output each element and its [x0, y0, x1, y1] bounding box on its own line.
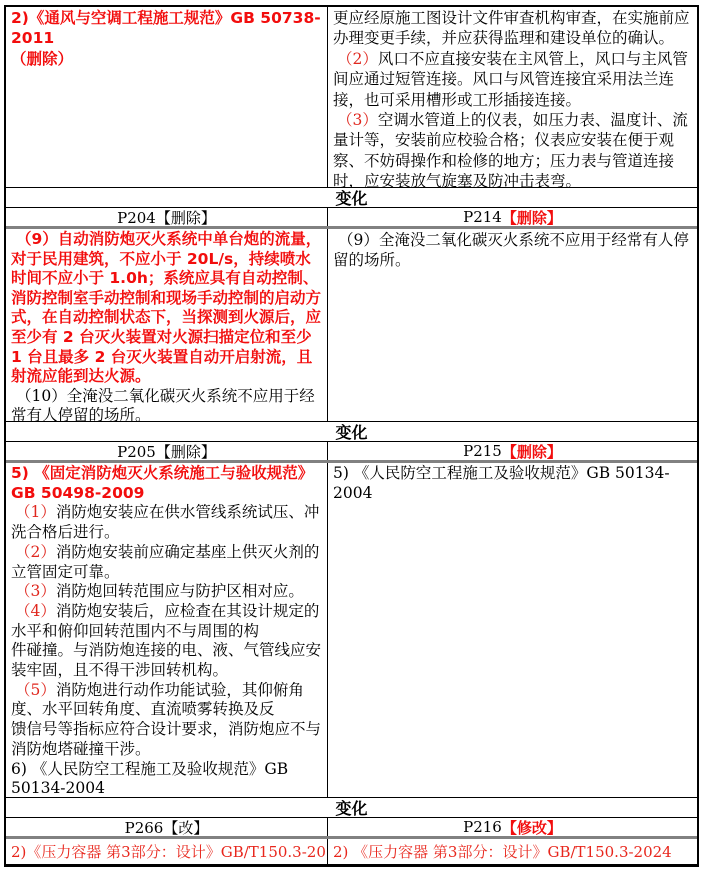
item-marker: （1）: [11, 503, 56, 521]
cell-old-spec-title: 2)《通风与空调工程施工规范》GB 50738-2011 （删除）: [6, 7, 328, 187]
paragraph-text: 空调水管道上的仪表，如压力表、温度计、流量计等，安装前应校验合格；仪表应安装在便…: [333, 111, 688, 187]
cell-old-content-3: 5) 《固定消防炮灭火系统施工与验收规范》 GB 50498-2009 （1）消…: [6, 463, 328, 797]
item-text: 消防炮安装应在供水管线系统试压、冲洗合格后进行。: [11, 503, 319, 541]
document-page: 2)《通风与空调工程施工规范》GB 50738-2011 （删除） 更应经原施工…: [0, 0, 704, 871]
spec-item-3: （3）消防炮回转范围应与防护区相对应。: [11, 582, 322, 602]
spec-item-2: （2）消防炮安装前应确定基座上供灭火剂的立管固定可靠。: [11, 543, 322, 582]
change-tag: 【修改】: [502, 818, 562, 836]
row-section2: （9）自动消防炮灭火系统中单台炮的流量，对于民用建筑，不应小于 20L/s，持续…: [6, 229, 697, 421]
change-label: 变化: [335, 796, 367, 819]
cell-old-standard: 2)《压力容器 第3部分：设计》GB/T150.3-2011: [6, 839, 328, 864]
change-divider-row-2: 变化: [6, 421, 697, 442]
cell-new-content-2: （9）全淹没二氧化碳灭火系统不应用于经常有人停留的场所。: [328, 229, 697, 421]
new-spec-reference: 5) 《人民防空工程施工及验收规范》GB 50134-2004: [333, 464, 692, 503]
item-text: 消防炮回转范围应与防护区相对应。: [56, 582, 304, 600]
spec-item-4: （4）消防炮安装后，应检查在其设计规定的水平和俯仰回转范围内不与周围的构 件碰撞…: [11, 602, 322, 681]
change-tag: 【删除】: [502, 442, 562, 460]
detail-paragraph-3: （3）空调水管道上的仪表，如压力表、温度计、流量计等，安装前应校验合格；仪表应安…: [333, 110, 692, 187]
item-marker: （4）: [11, 602, 56, 620]
detail-paragraph-1: 更应经原施工图设计文件审查机构审查，在实施前应办理变更手续，并应获得监理和建设单…: [333, 8, 692, 49]
cell-page-header-old: P205【删除】: [6, 442, 328, 460]
cell-page-header-new: P214【删除】: [328, 208, 697, 226]
cell-page-header-new: P216【修改】: [328, 818, 697, 836]
spec-item-1: （1）消防炮安装应在供水管线系统试压、冲洗合格后进行。: [11, 503, 322, 542]
item-text: 消防炮进行动作功能试验，其仰俯角度、水平回转角度、直流喷雾转换及反 馈信号等指标…: [11, 681, 321, 758]
page-header-old: P204【删除】: [117, 208, 216, 226]
paragraph-text: 风口不应直接安装在主风管上，风口与主风管间应通过短管连接。风口与风管连接宜采用法…: [333, 50, 688, 109]
cell-page-header-old: P266【改】: [6, 818, 328, 836]
page-header-old: P205【删除】: [117, 442, 216, 460]
row-section3: 5) 《固定消防炮灭火系统施工与验收规范》 GB 50498-2009 （1）消…: [6, 463, 697, 797]
item-text: 消防炮安装后，应检查在其设计规定的水平和俯仰回转范围内不与周围的构 件碰撞。与消…: [11, 602, 321, 679]
cell-new-content-3: 5) 《人民防空工程施工及验收规范》GB 50134-2004: [328, 463, 697, 797]
page-header-new: P216: [463, 818, 502, 836]
item-marker: （3）: [11, 582, 56, 600]
row-section1: 2)《通风与空调工程施工规范》GB 50738-2011 （删除） 更应经原施工…: [6, 7, 697, 187]
paragraph-text: 更应经原施工图设计文件审查机构审查，在实施前应办理变更手续，并应获得监理和建设单…: [333, 9, 690, 47]
item-marker: （2）: [11, 543, 56, 561]
old-spec-title: 2)《通风与空调工程施工规范》GB 50738-2011 （删除）: [11, 8, 322, 69]
row-section4: 2)《压力容器 第3部分：设计》GB/T150.3-2011 2) 《压力容器 …: [6, 839, 697, 864]
spec-item-6: 6) 《人民防空工程施工及验收规范》GB 50134-2004: [11, 760, 322, 797]
row-header-p266-p216: P266【改】 P216【修改】: [6, 818, 697, 839]
page-header-new: P215: [463, 442, 502, 460]
item-text: 消防炮安装前应确定基座上供灭火剂的立管固定可靠。: [11, 543, 319, 581]
page-header-new: P214: [463, 208, 502, 226]
spec-comparison-table: 2)《通风与空调工程施工规范》GB 50738-2011 （删除） 更应经原施工…: [4, 5, 699, 867]
item-marker: （2）: [333, 50, 378, 68]
change-divider-row-1: 变化: [6, 187, 697, 208]
item-marker: （3）: [333, 111, 378, 129]
detail-paragraph-2: （2）风口不应直接安装在主风管上，风口与主风管间应通过短管连接。风口与风管连接宜…: [333, 49, 692, 110]
cell-page-header-new: P215【删除】: [328, 442, 697, 460]
new-standard-reference: 2) 《压力容器 第3部分：设计》GB/T150.3-2024: [333, 841, 672, 862]
change-label: 变化: [335, 420, 367, 443]
cell-new-standard: 2) 《压力容器 第3部分：设计》GB/T150.3-2024: [328, 839, 697, 864]
deleted-clause-9: （9）自动消防炮灭火系统中单台炮的流量，对于民用建筑，不应小于 20L/s，持续…: [11, 230, 322, 387]
spec-item-5: （5）消防炮进行动作功能试验，其仰俯角度、水平回转角度、直流喷雾转换及反 馈信号…: [11, 681, 322, 760]
deleted-spec-title: 5) 《固定消防炮灭火系统施工与验收规范》 GB 50498-2009: [11, 464, 322, 503]
cell-old-content-2: （9）自动消防炮灭火系统中单台炮的流量，对于民用建筑，不应小于 20L/s，持续…: [6, 229, 328, 421]
change-label: 变化: [335, 186, 367, 209]
row-header-p205-p215: P205【删除】 P215【删除】: [6, 442, 697, 463]
item-marker: （5）: [11, 681, 56, 699]
old-standard-reference: 2)《压力容器 第3部分：设计》GB/T150.3-2011: [11, 841, 328, 862]
change-divider-row-3: 变化: [6, 797, 697, 818]
change-tag: 【删除】: [502, 208, 562, 226]
cell-change-details: 更应经原施工图设计文件审查机构审查，在实施前应办理变更手续，并应获得监理和建设单…: [328, 7, 697, 187]
page-header-old: P266【改】: [125, 818, 209, 836]
cell-page-header-old: P204【删除】: [6, 208, 328, 226]
row-header-p204-p214: P204【删除】 P214【删除】: [6, 208, 697, 229]
new-clause-9: （9）全淹没二氧化碳灭火系统不应用于经常有人停留的场所。: [333, 230, 692, 271]
clause-10: （10）全淹没二氧化碳灭火系统不应用于经常有人停留的场所。: [11, 387, 322, 421]
